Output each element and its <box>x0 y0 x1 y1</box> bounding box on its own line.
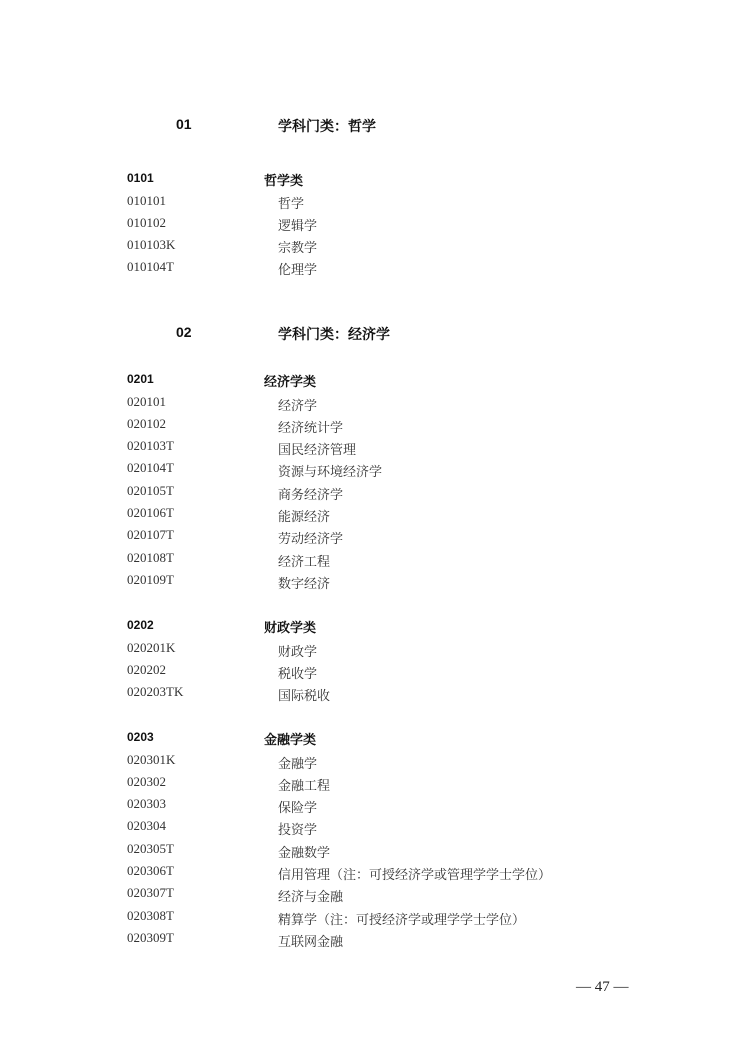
major-code: 020102 <box>127 416 166 432</box>
major-code: 020308T <box>127 908 174 924</box>
major-code: 020103T <box>127 438 174 454</box>
major-name: 国民经济管理 <box>278 439 356 458</box>
major-name: 经济与金融 <box>278 886 343 905</box>
major-code: 010101 <box>127 193 166 209</box>
major-code: 020101 <box>127 394 166 410</box>
group-name: 金融学类 <box>264 729 316 748</box>
major-name: 税收学 <box>278 663 317 682</box>
group-code: 0201 <box>127 372 154 386</box>
section-title: 学科门类：经济学 <box>278 324 390 344</box>
major-code: 020109T <box>127 572 174 588</box>
group-name: 财政学类 <box>264 617 316 636</box>
major-code: 020107T <box>127 527 174 543</box>
major-name: 经济学 <box>278 395 317 414</box>
major-name: 商务经济学 <box>278 484 343 503</box>
major-name: 哲学 <box>278 193 304 212</box>
major-name: 保险学 <box>278 797 317 816</box>
major-name: 信用管理（注：可授经济学或管理学学士学位） <box>278 864 551 883</box>
group-name: 经济学类 <box>264 371 316 390</box>
major-code: 020301K <box>127 752 175 768</box>
section-code: 01 <box>176 116 192 132</box>
page-number: — 47 — <box>576 979 629 996</box>
major-code: 020202 <box>127 662 166 678</box>
major-name: 金融学 <box>278 753 317 772</box>
major-code: 020302 <box>127 774 166 790</box>
major-code: 020201K <box>127 640 175 656</box>
major-code: 020108T <box>127 550 174 566</box>
major-code: 020105T <box>127 483 174 499</box>
major-name: 金融工程 <box>278 775 330 794</box>
major-name: 经济统计学 <box>278 417 343 436</box>
major-name: 劳动经济学 <box>278 528 343 547</box>
major-name: 宗教学 <box>278 237 317 256</box>
major-code: 020203TK <box>127 684 183 700</box>
major-code: 010103K <box>127 237 175 253</box>
major-code: 020106T <box>127 505 174 521</box>
major-name: 数字经济 <box>278 573 330 592</box>
major-name: 资源与环境经济学 <box>278 461 382 480</box>
group-code: 0203 <box>127 730 154 744</box>
major-code: 010102 <box>127 215 166 231</box>
major-name: 投资学 <box>278 819 317 838</box>
major-name: 精算学（注：可授经济学或理学学士学位） <box>278 909 525 928</box>
major-code: 020307T <box>127 885 174 901</box>
group-code: 0202 <box>127 618 154 632</box>
major-code: 010104T <box>127 259 174 275</box>
group-name: 哲学类 <box>264 170 303 189</box>
major-code: 020303 <box>127 796 166 812</box>
major-name: 能源经济 <box>278 506 330 525</box>
section-code: 02 <box>176 324 192 340</box>
major-name: 金融数学 <box>278 842 330 861</box>
major-name: 国际税收 <box>278 685 330 704</box>
major-name: 逻辑学 <box>278 215 317 234</box>
group-code: 0101 <box>127 171 154 185</box>
major-code: 020309T <box>127 930 174 946</box>
major-name: 财政学 <box>278 641 317 660</box>
major-code: 020306T <box>127 863 174 879</box>
major-name: 经济工程 <box>278 551 330 570</box>
major-name: 互联网金融 <box>278 931 343 950</box>
major-code: 020104T <box>127 460 174 476</box>
major-name: 伦理学 <box>278 259 317 278</box>
major-code: 020305T <box>127 841 174 857</box>
section-title: 学科门类：哲学 <box>278 116 376 136</box>
major-code: 020304 <box>127 818 166 834</box>
